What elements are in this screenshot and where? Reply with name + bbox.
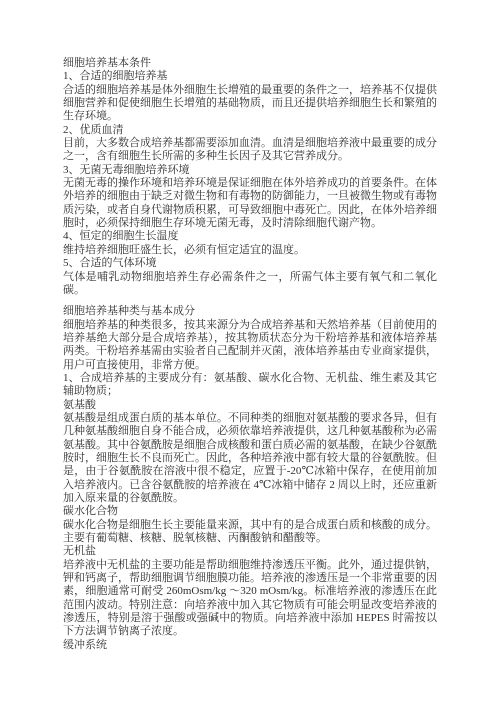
item-3-body: 无菌无毒的操作环境和培养环境是保证细胞在体外培养成功的首要条件。在体外培养的细胞…	[63, 177, 437, 230]
section-basic-conditions: 细胞培养基本条件 1、合适的细胞培养基 合适的细胞培养基是体外细胞生长增殖的最重…	[63, 57, 437, 297]
item-5-label: 5、合适的气体环境	[63, 257, 437, 270]
item-2-body: 目前，大多数合成培养基都需要添加血清。血清是细胞培养液中最重要的成分之一，含有细…	[63, 137, 437, 164]
item-2-label: 2、优质血清	[63, 124, 437, 137]
item-3-label: 3、无菌无毒细胞培养环境	[63, 164, 437, 177]
item-4-body: 维持培养细胞旺盛生长，必须有恒定适宜的温度。	[63, 244, 437, 257]
subsection-carbohydrates-body: 碳水化合物是细胞生长主要能量来源，其中有的是合成蛋白质和核酸的成分。主要有葡萄糖…	[63, 519, 437, 546]
section-types-composition: 细胞培养基种类与基本成分 细胞培养基的种类很多，按其来源分为合成培养基和天然培养…	[63, 305, 437, 652]
item-5-body: 气体是哺乳动物细胞培养生存必需条件之一，所需气体主要有氧气和二氧化碳。	[63, 271, 437, 298]
document-body: 细胞培养基本条件 1、合适的细胞培养基 合适的细胞培养基是体外细胞生长增殖的最重…	[63, 57, 437, 652]
components-overview: 1、合成培养基的主要成分有：氨基酸、碳水化合物、无机盐、维生素及其它辅助物质；	[63, 372, 437, 399]
subsection-inorganic-salts-body: 培养液中无机盐的主要功能是帮助细胞维持渗透压平衡。此外，通过提供钠，钾和钙离子，…	[63, 559, 437, 639]
subsection-amino-acids-heading: 氨基酸	[63, 399, 437, 412]
subsection-amino-acids-body: 氨基酸是组成蛋白质的基本单位。不同种类的细胞对氨基酸的要求各异，但有几种氨基酸细…	[63, 412, 437, 505]
subsection-inorganic-salts-heading: 无机盐	[63, 545, 437, 558]
document-page: 细胞培养基本条件 1、合适的细胞培养基 合适的细胞培养基是体外细胞生长增殖的最重…	[0, 0, 500, 708]
item-1-body: 合适的细胞培养基是体外细胞生长增殖的最重要的条件之一，培养基不仅提供细胞营养和促…	[63, 84, 437, 124]
section-basic-conditions-title: 细胞培养基本条件	[63, 57, 437, 70]
subsection-buffer-system-heading: 缓冲系统	[63, 639, 437, 652]
subsection-carbohydrates-heading: 碳水化合物	[63, 505, 437, 518]
section-types-composition-title: 细胞培养基种类与基本成分	[63, 305, 437, 318]
item-1-label: 1、合适的细胞培养基	[63, 70, 437, 83]
types-intro: 细胞培养基的种类很多，按其来源分为合成培养基和天然培养基（目前使用的培养基绝大部…	[63, 319, 437, 372]
item-4-label: 4、恒定的细胞生长温度	[63, 230, 437, 243]
